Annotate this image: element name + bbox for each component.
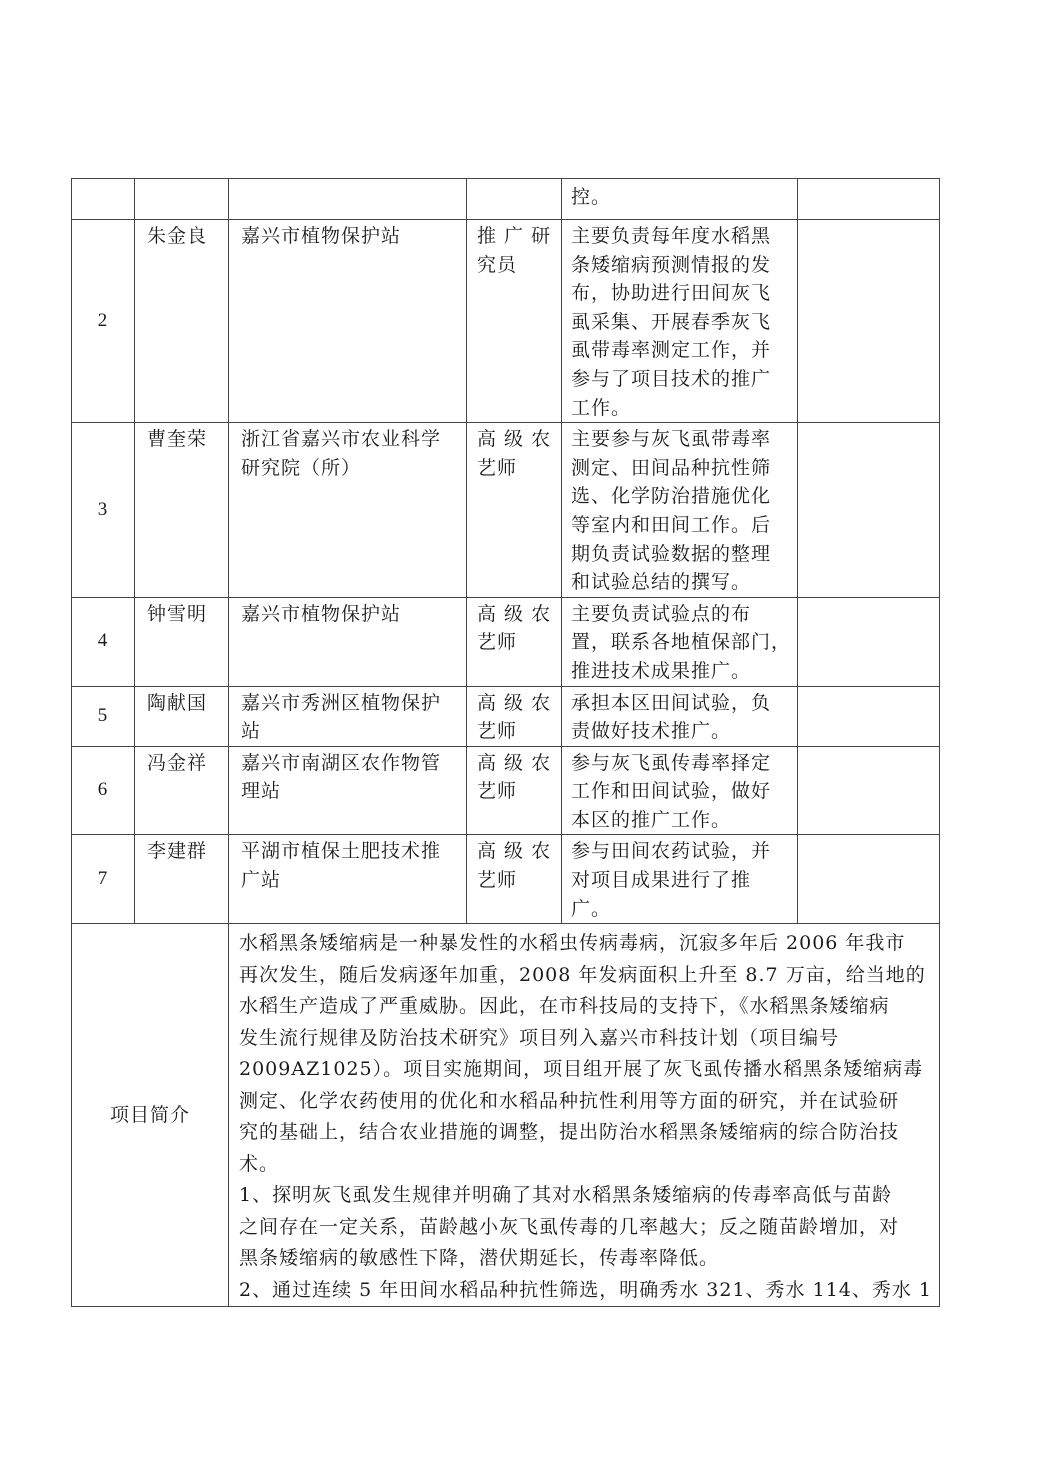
- intro-paragraph-line: 水稻黑条矮缩病是一种暴发性的水稻虫传病毒病，沉寂多年后 2006 年我市: [239, 928, 931, 960]
- title-cell: 高 级 农艺师: [467, 423, 562, 598]
- role-line: 参与田间农药试验，并: [571, 837, 789, 866]
- extra-cell: [798, 423, 940, 598]
- project-members-table: 控。 2朱金良嘉兴市植物保护站推 广 研究员主要负责每年度水稻黑条矮缩病预测情报…: [71, 178, 940, 1307]
- intro-label-cell: 项目简介: [72, 924, 229, 1307]
- title-cell: 高 级 农艺师: [467, 686, 562, 746]
- index-cell: [72, 179, 135, 220]
- role-line: 和试验总结的撰写。: [571, 568, 789, 597]
- role-line: 置，联系各地植保部门，: [571, 628, 789, 657]
- intro-paragraph-line: 黑条矮缩病的敏感性下降，潜伏期延长，传毒率降低。: [239, 1243, 931, 1275]
- role-line: 主要参与灰飞虱带毒率: [571, 425, 789, 454]
- unit-cell: 嘉兴市秀洲区植物保护站: [229, 686, 467, 746]
- title-line: 究员: [477, 251, 555, 280]
- title-line: 艺师: [477, 717, 555, 746]
- role-line: 参与灰飞虱传毒率择定: [571, 749, 789, 778]
- name-cell: [135, 179, 229, 220]
- member-row: 5陶献国嘉兴市秀洲区植物保护站高 级 农艺师承担本区田间试验，负责做好技术推广。: [72, 686, 940, 746]
- name-cell: 钟雪明: [135, 597, 229, 686]
- intro-paragraph-line: 再次发生，随后发病逐年加重，2008 年发病面积上升至 8.7 万亩，给当地的: [239, 960, 931, 992]
- role-line: 选、化学防治措施优化: [571, 482, 789, 511]
- role-line: 推进技术成果推广。: [571, 657, 789, 686]
- title-line: 艺师: [477, 628, 555, 657]
- unit-line: 浙江省嘉兴市农业科学: [241, 425, 458, 454]
- name-cell: 曹奎荣: [135, 423, 229, 598]
- index-cell: 2: [72, 220, 135, 423]
- role-cell: 主要参与灰飞虱带毒率测定、田间品种抗性筛选、化学防治措施优化等室内和田间工作。后…: [562, 423, 798, 598]
- unit-cell: 浙江省嘉兴市农业科学研究院（所）: [229, 423, 467, 598]
- title-line: 高 级 农: [477, 425, 555, 454]
- extra-cell: [798, 686, 940, 746]
- unit-cell: 嘉兴市植物保护站: [229, 220, 467, 423]
- extra-cell: [798, 597, 940, 686]
- index-cell: 3: [72, 423, 135, 598]
- title-cell: [467, 179, 562, 220]
- role-cell: 主要负责每年度水稻黑条矮缩病预测情报的发布，协助进行田间灰飞虱采集、开展春季灰飞…: [562, 220, 798, 423]
- name-cell: 陶献国: [135, 686, 229, 746]
- intro-paragraph-line: 发生流行规律及防治技术研究》项目列入嘉兴市科技计划（项目编号: [239, 1023, 931, 1055]
- intro-row: 项目简介水稻黑条矮缩病是一种暴发性的水稻虫传病毒病，沉寂多年后 2006 年我市…: [72, 924, 940, 1307]
- member-row: 2朱金良嘉兴市植物保护站推 广 研究员主要负责每年度水稻黑条矮缩病预测情报的发布…: [72, 220, 940, 423]
- document-page: 控。 2朱金良嘉兴市植物保护站推 广 研究员主要负责每年度水稻黑条矮缩病预测情报…: [0, 0, 1043, 1474]
- role-cell: 参与田间农药试验，并对项目成果进行了推广。: [562, 835, 798, 924]
- role-line: 期负责试验数据的整理: [571, 540, 789, 569]
- name-cell: 朱金良: [135, 220, 229, 423]
- role-cell: 主要负责试验点的布置，联系各地植保部门，推进技术成果推广。: [562, 597, 798, 686]
- title-line: 高 级 农: [477, 837, 555, 866]
- member-row: 7李建群平湖市植保土肥技术推广站高 级 农艺师参与田间农药试验，并对项目成果进行…: [72, 835, 940, 924]
- unit-line: 理站: [241, 777, 458, 806]
- role-cell: 承担本区田间试验，负责做好技术推广。: [562, 686, 798, 746]
- role-line: 责做好技术推广。: [571, 717, 789, 746]
- index-cell: 6: [72, 746, 135, 835]
- title-line: 推 广 研: [477, 222, 555, 251]
- intro-text-cell: 水稻黑条矮缩病是一种暴发性的水稻虫传病毒病，沉寂多年后 2006 年我市再次发生…: [229, 924, 940, 1307]
- role-line: 虱带毒率测定工作，并: [571, 336, 789, 365]
- role-line: 等室内和田间工作。后: [571, 511, 789, 540]
- role-line: 工作和田间试验，做好: [571, 777, 789, 806]
- role-line: 主要负责试验点的布: [571, 600, 789, 629]
- unit-cell: [229, 179, 467, 220]
- extra-cell: [798, 835, 940, 924]
- unit-line: 嘉兴市南湖区农作物管: [241, 749, 458, 778]
- title-line: 高 级 农: [477, 689, 555, 718]
- title-line: 艺师: [477, 777, 555, 806]
- unit-cell: 平湖市植保土肥技术推广站: [229, 835, 467, 924]
- intro-paragraph-line: 2、通过连续 5 年田间水稻品种抗性筛选，明确秀水 321、秀水 114、秀水 …: [239, 1275, 931, 1307]
- role-cell: 控。: [562, 179, 798, 220]
- name-cell: 李建群: [135, 835, 229, 924]
- unit-cell: 嘉兴市植物保护站: [229, 597, 467, 686]
- intro-paragraph-line: 1、探明灰飞虱发生规律并明确了其对水稻黑条矮缩病的传毒率高低与苗龄: [239, 1180, 931, 1212]
- role-line: 测定、田间品种抗性筛: [571, 454, 789, 483]
- member-row: 6冯金祥嘉兴市南湖区农作物管理站高 级 农艺师参与灰飞虱传毒率择定工作和田间试验…: [72, 746, 940, 835]
- continued-row: 控。: [72, 179, 940, 220]
- index-cell: 7: [72, 835, 135, 924]
- role-line: 承担本区田间试验，负: [571, 689, 789, 718]
- title-cell: 高 级 农艺师: [467, 597, 562, 686]
- role-cell: 参与灰飞虱传毒率择定工作和田间试验，做好本区的推广工作。: [562, 746, 798, 835]
- intro-paragraph-line: 2009AZ1025）。项目实施期间，项目组开展了灰飞虱传播水稻黑条矮缩病毒: [239, 1054, 931, 1086]
- title-line: 艺师: [477, 866, 555, 895]
- unit-line: 嘉兴市植物保护站: [241, 600, 458, 629]
- role-line: 工作。: [571, 394, 789, 423]
- index-cell: 4: [72, 597, 135, 686]
- role-line: 条矮缩病预测情报的发: [571, 251, 789, 280]
- role-line: 虱采集、开展春季灰飞: [571, 308, 789, 337]
- title-line: 艺师: [477, 454, 555, 483]
- unit-line: 站: [241, 717, 458, 746]
- name-cell: 冯金祥: [135, 746, 229, 835]
- role-line: 广。: [571, 895, 789, 924]
- member-row: 3曹奎荣浙江省嘉兴市农业科学研究院（所）高 级 农艺师主要参与灰飞虱带毒率测定、…: [72, 423, 940, 598]
- index-cell: 5: [72, 686, 135, 746]
- intro-paragraph-line: 术。: [239, 1149, 931, 1181]
- role-line: 参与了项目技术的推广: [571, 365, 789, 394]
- intro-paragraph-line: 水稻生产造成了严重威胁。因此，在市科技局的支持下，《水稻黑条矮缩病: [239, 991, 931, 1023]
- intro-paragraph-line: 究的基础上，结合农业措施的调整，提出防治水稻黑条矮缩病的综合防治技: [239, 1117, 931, 1149]
- title-cell: 高 级 农艺师: [467, 746, 562, 835]
- unit-line: 广站: [241, 866, 458, 895]
- unit-line: 嘉兴市植物保护站: [241, 222, 458, 251]
- unit-line: 平湖市植保土肥技术推: [241, 837, 458, 866]
- role-line: 布，协助进行田间灰飞: [571, 279, 789, 308]
- intro-paragraph-line: 测定、化学农药使用的优化和水稻品种抗性利用等方面的研究，并在试验研: [239, 1086, 931, 1118]
- role-line: 控。: [571, 183, 789, 212]
- role-line: 主要负责每年度水稻黑: [571, 222, 789, 251]
- extra-cell: [798, 746, 940, 835]
- title-line: 高 级 农: [477, 600, 555, 629]
- unit-line: 研究院（所）: [241, 454, 458, 483]
- member-row: 4钟雪明嘉兴市植物保护站高 级 农艺师主要负责试验点的布置，联系各地植保部门，推…: [72, 597, 940, 686]
- title-line: 高 级 农: [477, 749, 555, 778]
- unit-line: 嘉兴市秀洲区植物保护: [241, 689, 458, 718]
- title-cell: 高 级 农艺师: [467, 835, 562, 924]
- extra-cell: [798, 220, 940, 423]
- intro-paragraph-line: 之间存在一定关系，苗龄越小灰飞虱传毒的几率越大；反之随苗龄增加，对: [239, 1212, 931, 1244]
- role-line: 对项目成果进行了推: [571, 866, 789, 895]
- role-line: 本区的推广工作。: [571, 806, 789, 835]
- title-cell: 推 广 研究员: [467, 220, 562, 423]
- unit-cell: 嘉兴市南湖区农作物管理站: [229, 746, 467, 835]
- extra-cell: [798, 179, 940, 220]
